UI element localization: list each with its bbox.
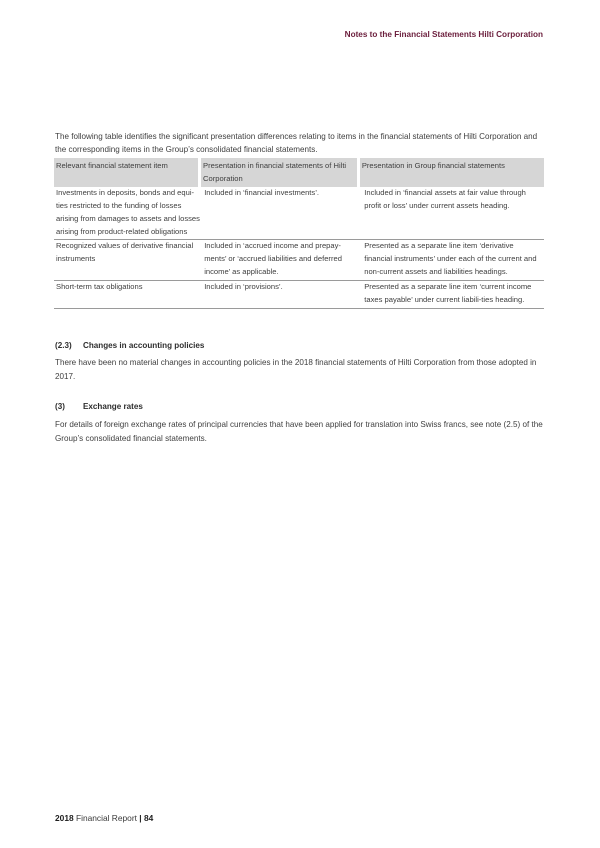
table-cell: Presented as a separate line item ‘deriv…	[362, 240, 544, 280]
table-cell: Short-term tax obligations	[54, 281, 202, 308]
section-paragraph: For details of foreign exchange rates of…	[55, 418, 550, 446]
section-title: Exchange rates	[83, 402, 143, 411]
footer-separator: |	[139, 813, 141, 823]
page-footer: 2018 Financial Report | 84	[55, 813, 153, 823]
table-cell: Recognized values of derivative financia…	[54, 240, 202, 280]
table-cell: Investments in deposits, bonds and equi-…	[54, 187, 202, 240]
page-number: 84	[144, 813, 153, 823]
section-number: (3)	[55, 402, 83, 411]
section-heading-changes-in-accounting-policies: (2.3)Changes in accounting policies	[55, 341, 204, 350]
column-header: Presentation in Group financial statemen…	[360, 158, 544, 187]
footer-label: Financial Report	[76, 813, 137, 823]
table-header-row: Relevant financial statement item Presen…	[54, 158, 544, 187]
table-row: Recognized values of derivative financia…	[54, 240, 544, 281]
table-cell: Included in ‘financial investments’.	[202, 187, 362, 240]
table-cell: Included in ‘provisions’.	[202, 281, 362, 308]
section-heading-exchange-rates: (3)Exchange rates	[55, 402, 143, 411]
presentation-differences-table: Relevant financial statement item Presen…	[54, 158, 544, 309]
table-row: Short-term tax obligations Included in ‘…	[54, 281, 544, 309]
column-header: Relevant financial statement item	[54, 158, 198, 187]
table-cell: Included in ‘financial assets at fair va…	[362, 187, 544, 240]
running-header-title: Notes to the Financial Statements Hilti …	[345, 30, 543, 39]
table-cell: Included in ‘accrued income and prepay-m…	[202, 240, 362, 280]
section-number: (2.3)	[55, 341, 83, 350]
footer-year: 2018	[55, 813, 74, 823]
section-title: Changes in accounting policies	[83, 341, 204, 350]
table-cell: Presented as a separate line item ‘curre…	[362, 281, 544, 308]
intro-paragraph: The following table identifies the signi…	[55, 130, 550, 156]
table-row: Investments in deposits, bonds and equi-…	[54, 187, 544, 241]
column-header: Presentation in financial statements of …	[201, 158, 357, 187]
section-paragraph: There have been no material changes in a…	[55, 356, 550, 384]
